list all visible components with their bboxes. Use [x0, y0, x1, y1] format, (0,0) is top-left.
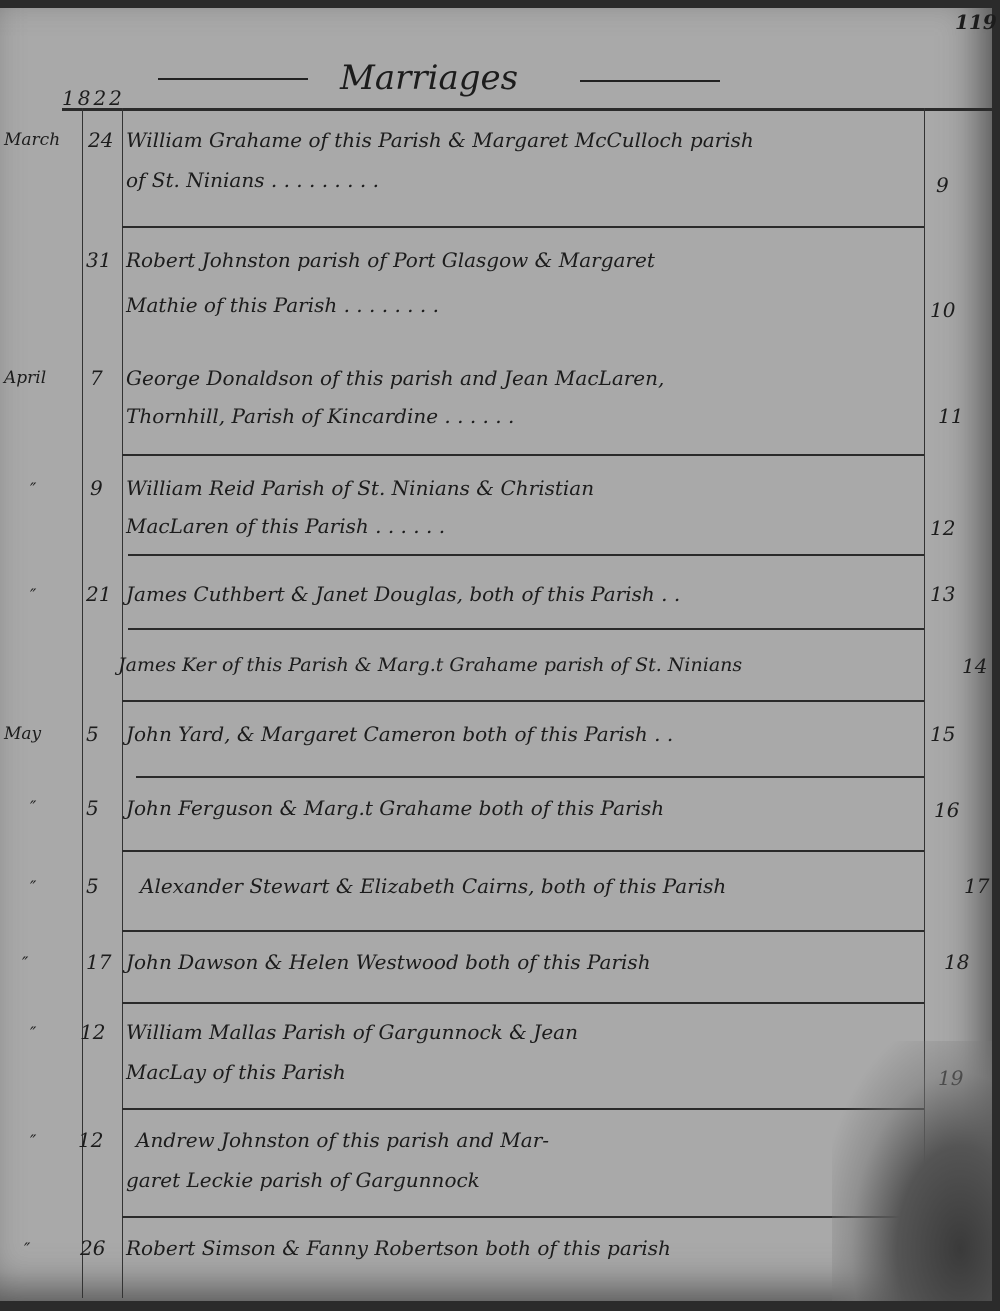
entry-number: 15 [930, 722, 955, 746]
entry-day: 26 [80, 1236, 105, 1260]
ink-stain [832, 1041, 992, 1301]
entry-number: 18 [944, 950, 969, 974]
entry-day: 5 [86, 796, 99, 820]
day-column-rule [82, 108, 83, 1298]
entry-month: ″ [30, 798, 36, 818]
row-rule [122, 226, 924, 228]
entry-text-line2: Mathie of this Parish . . . . . . . . [126, 293, 439, 317]
page-number: 119 [955, 10, 997, 34]
entry-number: 17 [964, 874, 989, 898]
entry-month: ″ [22, 954, 28, 974]
entry-month: ″ [30, 480, 36, 500]
title-rule-right [580, 80, 720, 82]
entry-number: 16 [934, 798, 959, 822]
row-rule [128, 554, 924, 556]
entry-text-line1: Andrew Johnston of this parish and Mar- [136, 1128, 549, 1152]
row-rule [122, 1002, 924, 1004]
entry-day: 5 [86, 874, 99, 898]
page-title: Marriages [340, 58, 518, 98]
entry-text-line1: George Donaldson of this parish and Jean… [126, 366, 664, 390]
entry-month: ″ [30, 878, 36, 898]
row-rule [128, 628, 924, 630]
row-rule [122, 1216, 924, 1218]
entry-day: 21 [86, 582, 111, 606]
row-rule [122, 454, 924, 456]
entry-text-line1: James Cuthbert & Janet Douglas, both of … [126, 582, 680, 606]
entry-text-line1: John Dawson & Helen Westwood both of thi… [126, 950, 651, 974]
entry-text-line2: MacLay of this Parish [126, 1060, 346, 1084]
entry-day: 24 [88, 128, 113, 152]
entry-day: 31 [86, 248, 111, 272]
entry-number: 11 [938, 404, 963, 428]
entry-day: 9 [90, 476, 103, 500]
entry-day: 12 [78, 1128, 103, 1152]
row-rule [122, 850, 924, 852]
entry-text-line1: William Reid Parish of St. Ninians & Chr… [126, 476, 594, 500]
entry-text-line1: James Ker of this Parish & Marg.t Graham… [118, 654, 742, 676]
entry-text-line1: Robert Simson & Fanny Robertson both of … [126, 1236, 671, 1260]
entry-text-line1: Alexander Stewart & Elizabeth Cairns, bo… [140, 874, 726, 898]
entry-text-line2: MacLaren of this Parish . . . . . . [126, 514, 445, 538]
entry-day: 17 [86, 950, 111, 974]
entry-text-line1: William Grahame of this Parish & Margare… [126, 128, 754, 152]
title-rule-left [158, 78, 308, 80]
entry-month: ″ [30, 1132, 36, 1152]
entry-text-line2: of St. Ninians . . . . . . . . . [126, 168, 379, 192]
row-rule [122, 930, 924, 932]
entry-day: 5 [86, 722, 99, 746]
entry-text-line1: John Yard, & Margaret Cameron both of th… [126, 722, 673, 746]
entry-text-line2: garet Leckie parish of Gargunnock [126, 1168, 480, 1192]
entry-month: ″ [30, 1024, 36, 1044]
entry-day: 12 [80, 1020, 105, 1044]
entry-number: 12 [930, 516, 955, 540]
entry-text-line1: Robert Johnston parish of Port Glasgow &… [126, 248, 655, 272]
entry-text-line2: Thornhill, Parish of Kincardine . . . . … [126, 404, 514, 428]
row-rule [122, 700, 924, 702]
entry-number: 10 [930, 298, 955, 322]
entry-day: 7 [90, 366, 103, 390]
entry-number: 14 [962, 654, 987, 678]
entry-month: ″ [30, 586, 36, 606]
entry-text-line1: John Ferguson & Marg.t Grahame both of t… [126, 796, 664, 820]
entry-month: April [4, 368, 46, 388]
entry-month: May [4, 724, 41, 744]
register-year: 1822 [62, 86, 125, 110]
row-rule [122, 1108, 924, 1110]
entry-month: ″ [24, 1240, 30, 1260]
text-column-rule [122, 108, 123, 1298]
entry-number: 9 [936, 173, 949, 197]
entry-text-line1: William Mallas Parish of Gargunnock & Je… [126, 1020, 578, 1044]
entry-month: March [4, 130, 60, 150]
register-page: 119 Marriages 1822 March 24 William Grah… [0, 8, 992, 1301]
entry-number: 13 [930, 582, 955, 606]
row-rule [136, 776, 924, 778]
header-rule [62, 108, 992, 111]
